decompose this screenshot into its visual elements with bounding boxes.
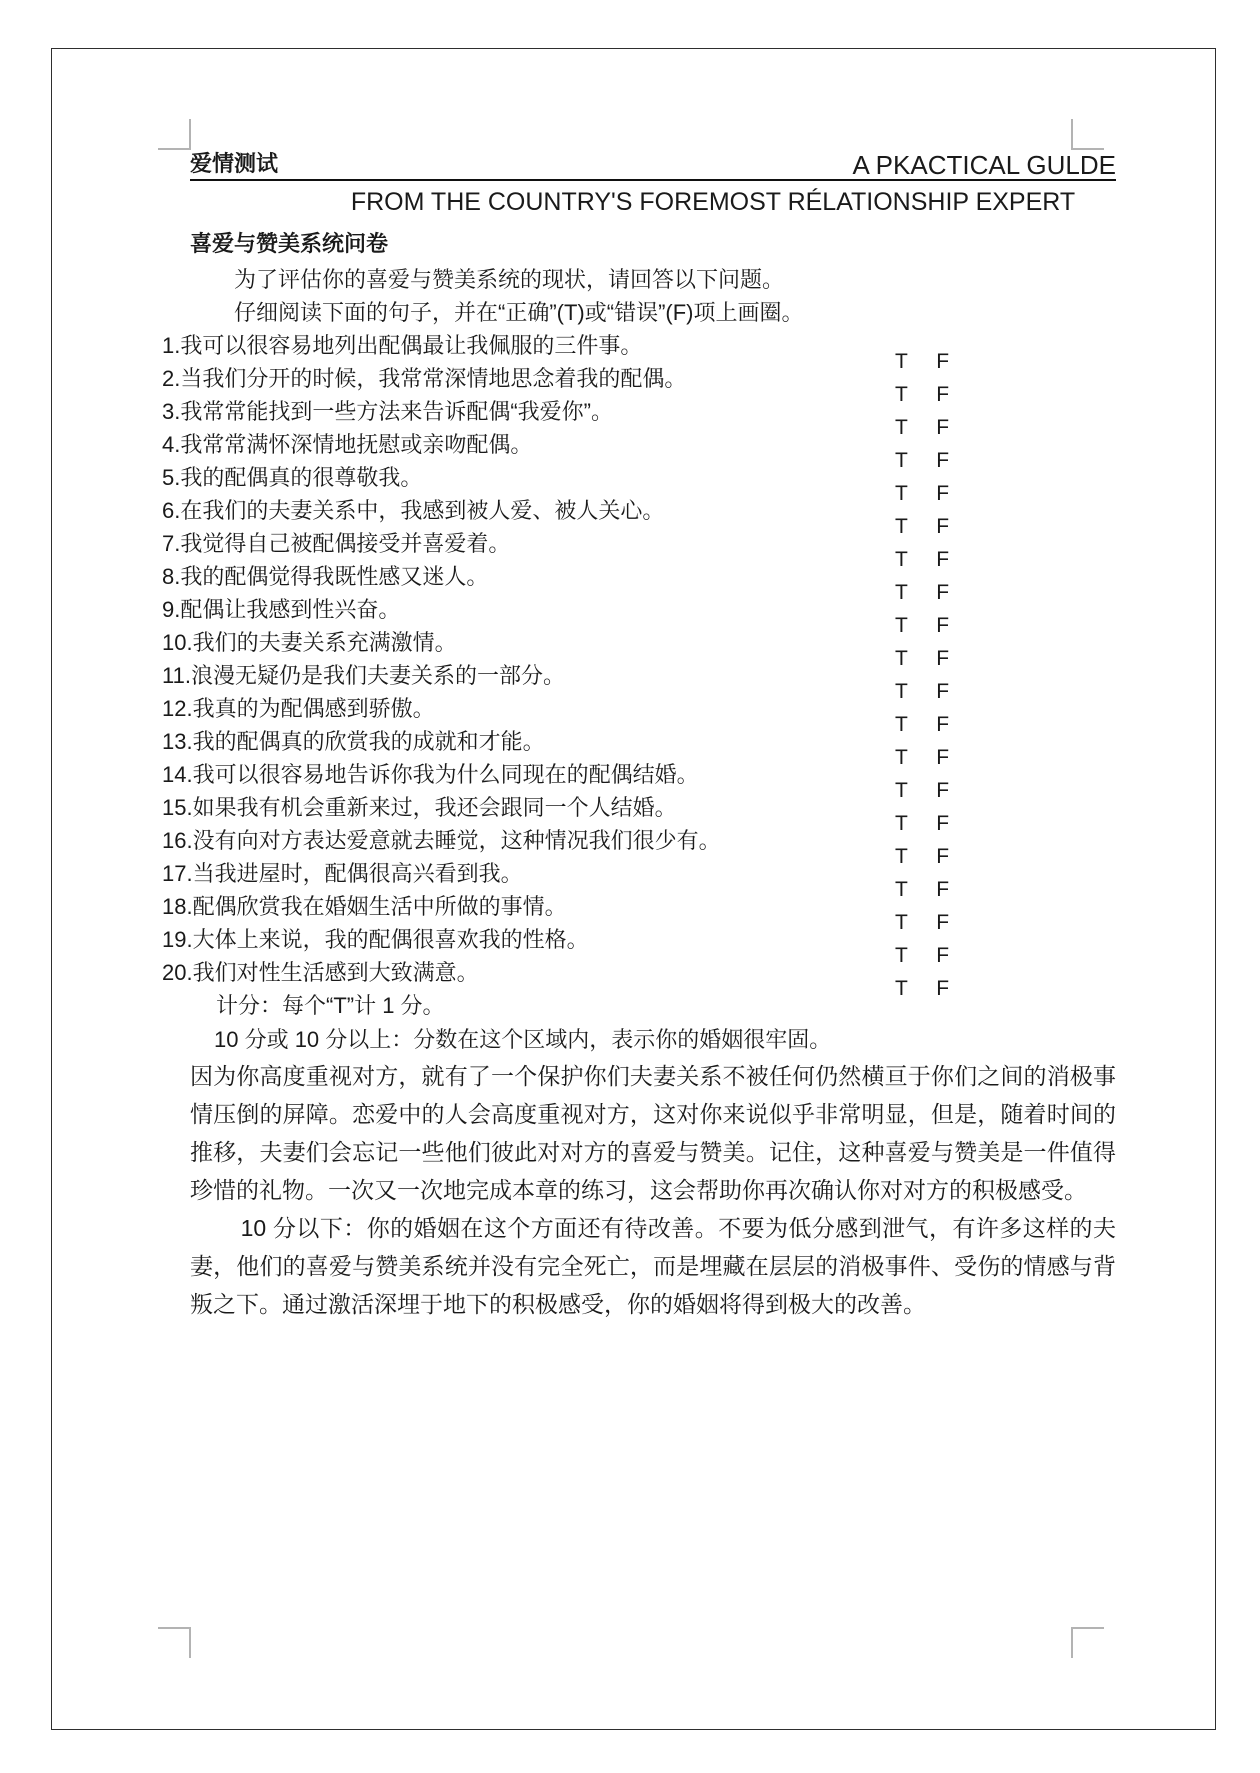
question-row: 10.我们的夫妻关系充满激情。 T F (162, 626, 1116, 659)
high-score-heading: 10 分或 10 分以上：分数在这个区域内，表示你的婚姻很牢固。 (190, 1023, 1116, 1057)
header-title-en: A PKACTICAL GULDE (853, 151, 1116, 181)
question-row: 1.我可以很容易地列出配偶最让我佩服的三件事。 T F (162, 329, 1116, 362)
question-row: 14.我可以很容易地告诉你我为什么同现在的配偶结婚。 T F (162, 758, 1116, 791)
crop-mark-top-right (1071, 119, 1104, 150)
answer-true-option: T (895, 977, 907, 1000)
answer-options: T F (895, 972, 949, 1005)
question-text: 17.当我进屋时，配偶很高兴看到我。 (162, 861, 523, 886)
question-text: 9.配偶让我感到性兴奋。 (162, 597, 400, 622)
answer-false-option: F (936, 977, 949, 1000)
section-title: 喜爱与赞美系统问卷 (190, 229, 1116, 259)
question-row: 4.我常常满怀深情地抚慰或亲吻配偶。 T F (162, 428, 1116, 461)
question-text: 13.我的配偶真的欣赏我的成就和才能。 (162, 729, 545, 754)
question-text: 4.我常常满怀深情地抚慰或亲吻配偶。 (162, 432, 532, 457)
low-score-body: 10 分以下：你的婚姻在这个方面还有待改善。不要为低分感到泄气，有许多这样的夫妻… (190, 1209, 1116, 1323)
question-row: 13.我的配偶真的欣赏我的成就和才能。 T F (162, 725, 1116, 758)
document-content: 爱情测试 A PKACTICAL GULDE FROM THE COUNTRY'… (190, 150, 1116, 1323)
question-text: 20.我们对性生活感到大致满意。 (162, 960, 479, 985)
intro-paragraph-2: 仔细阅读下面的句子，并在“正确”(T)或“错误”(F)项上画圈。 (190, 296, 1116, 329)
question-row: 11.浪漫无疑仍是我们夫妻关系的一部分。 T F (162, 659, 1116, 692)
crop-mark-bottom-left (158, 1627, 191, 1658)
question-row: 18.配偶欣赏我在婚姻生活中所做的事情。 T F (162, 890, 1116, 923)
question-text: 3.我常常能找到一些方法来告诉配偶“我爱你”。 (162, 399, 613, 424)
question-row: 3.我常常能找到一些方法来告诉配偶“我爱你”。 T F (162, 395, 1116, 428)
question-text: 5.我的配偶真的很尊敬我。 (162, 465, 422, 490)
question-list: 1.我可以很容易地列出配偶最让我佩服的三件事。 T F 2.当我们分开的时候，我… (162, 329, 1116, 989)
question-row: 16.没有向对方表达爱意就去睡觉，这种情况我们很少有。 T F (162, 824, 1116, 857)
question-row: 5.我的配偶真的很尊敬我。 T F (162, 461, 1116, 494)
question-row: 15.如果我有机会重新来过，我还会跟同一个人结婚。 T F (162, 791, 1116, 824)
question-row: 7.我觉得自己被配偶接受并喜爱着。 T F (162, 527, 1116, 560)
question-row: 17.当我进屋时，配偶很高兴看到我。 T F (162, 857, 1116, 890)
intro-paragraphs: 为了评估你的喜爱与赞美系统的现状，请回答以下问题。 仔细阅读下面的句子，并在“正… (190, 263, 1116, 329)
header-subtitle-en: FROM THE COUNTRY'S FOREMOST RÉLATIONSHIP… (190, 187, 1116, 217)
question-text: 19.大体上来说，我的配偶很喜欢我的性格。 (162, 927, 589, 952)
question-row: 8.我的配偶觉得我既性感又迷人。 T F (162, 560, 1116, 593)
crop-mark-bottom-right (1071, 1627, 1104, 1658)
question-text: 7.我觉得自己被配偶接受并喜爱着。 (162, 531, 510, 556)
scoring-rule: 计分：每个“T”计 1 分。 (190, 989, 1116, 1023)
question-row: 6.在我们的夫妻关系中，我感到被人爱、被人关心。 T F (162, 494, 1116, 527)
question-text: 6.在我们的夫妻关系中，我感到被人爱、被人关心。 (162, 498, 664, 523)
question-text: 8.我的配偶觉得我既性感又迷人。 (162, 564, 488, 589)
question-text: 10.我们的夫妻关系充满激情。 (162, 630, 457, 655)
intro-paragraph-1: 为了评估你的喜爱与赞美系统的现状，请回答以下问题。 (190, 263, 1116, 296)
question-text: 14.我可以很容易地告诉你我为什么同现在的配偶结婚。 (162, 762, 699, 787)
question-text: 2.当我们分开的时候，我常常深情地思念着我的配偶。 (162, 366, 686, 391)
question-text: 12.我真的为配偶感到骄傲。 (162, 696, 435, 721)
question-text: 15.如果我有机会重新来过，我还会跟同一个人结婚。 (162, 795, 677, 820)
question-text: 1.我可以很容易地列出配偶最让我佩服的三件事。 (162, 333, 642, 358)
question-row: 2.当我们分开的时候，我常常深情地思念着我的配偶。 T F (162, 362, 1116, 395)
question-row: 19.大体上来说，我的配偶很喜欢我的性格。 T F (162, 923, 1116, 956)
question-row: 9.配偶让我感到性兴奋。 T F (162, 593, 1116, 626)
question-row: 12.我真的为配偶感到骄傲。 T F (162, 692, 1116, 725)
question-row: 20.我们对性生活感到大致满意。 T F (162, 956, 1116, 989)
question-text: 11.浪漫无疑仍是我们夫妻关系的一部分。 (162, 663, 565, 688)
header-title-cn: 爱情测试 (190, 150, 278, 178)
running-header: 爱情测试 A PKACTICAL GULDE (190, 150, 1116, 181)
question-text: 18.配偶欣赏我在婚姻生活中所做的事情。 (162, 894, 567, 919)
crop-mark-top-left (158, 119, 191, 150)
high-score-body: 因为你高度重视对方，就有了一个保护你们夫妻关系不被任何仍然横亘于你们之间的消极事… (190, 1057, 1116, 1209)
question-text: 16.没有向对方表达爱意就去睡觉，这种情况我们很少有。 (162, 828, 721, 853)
